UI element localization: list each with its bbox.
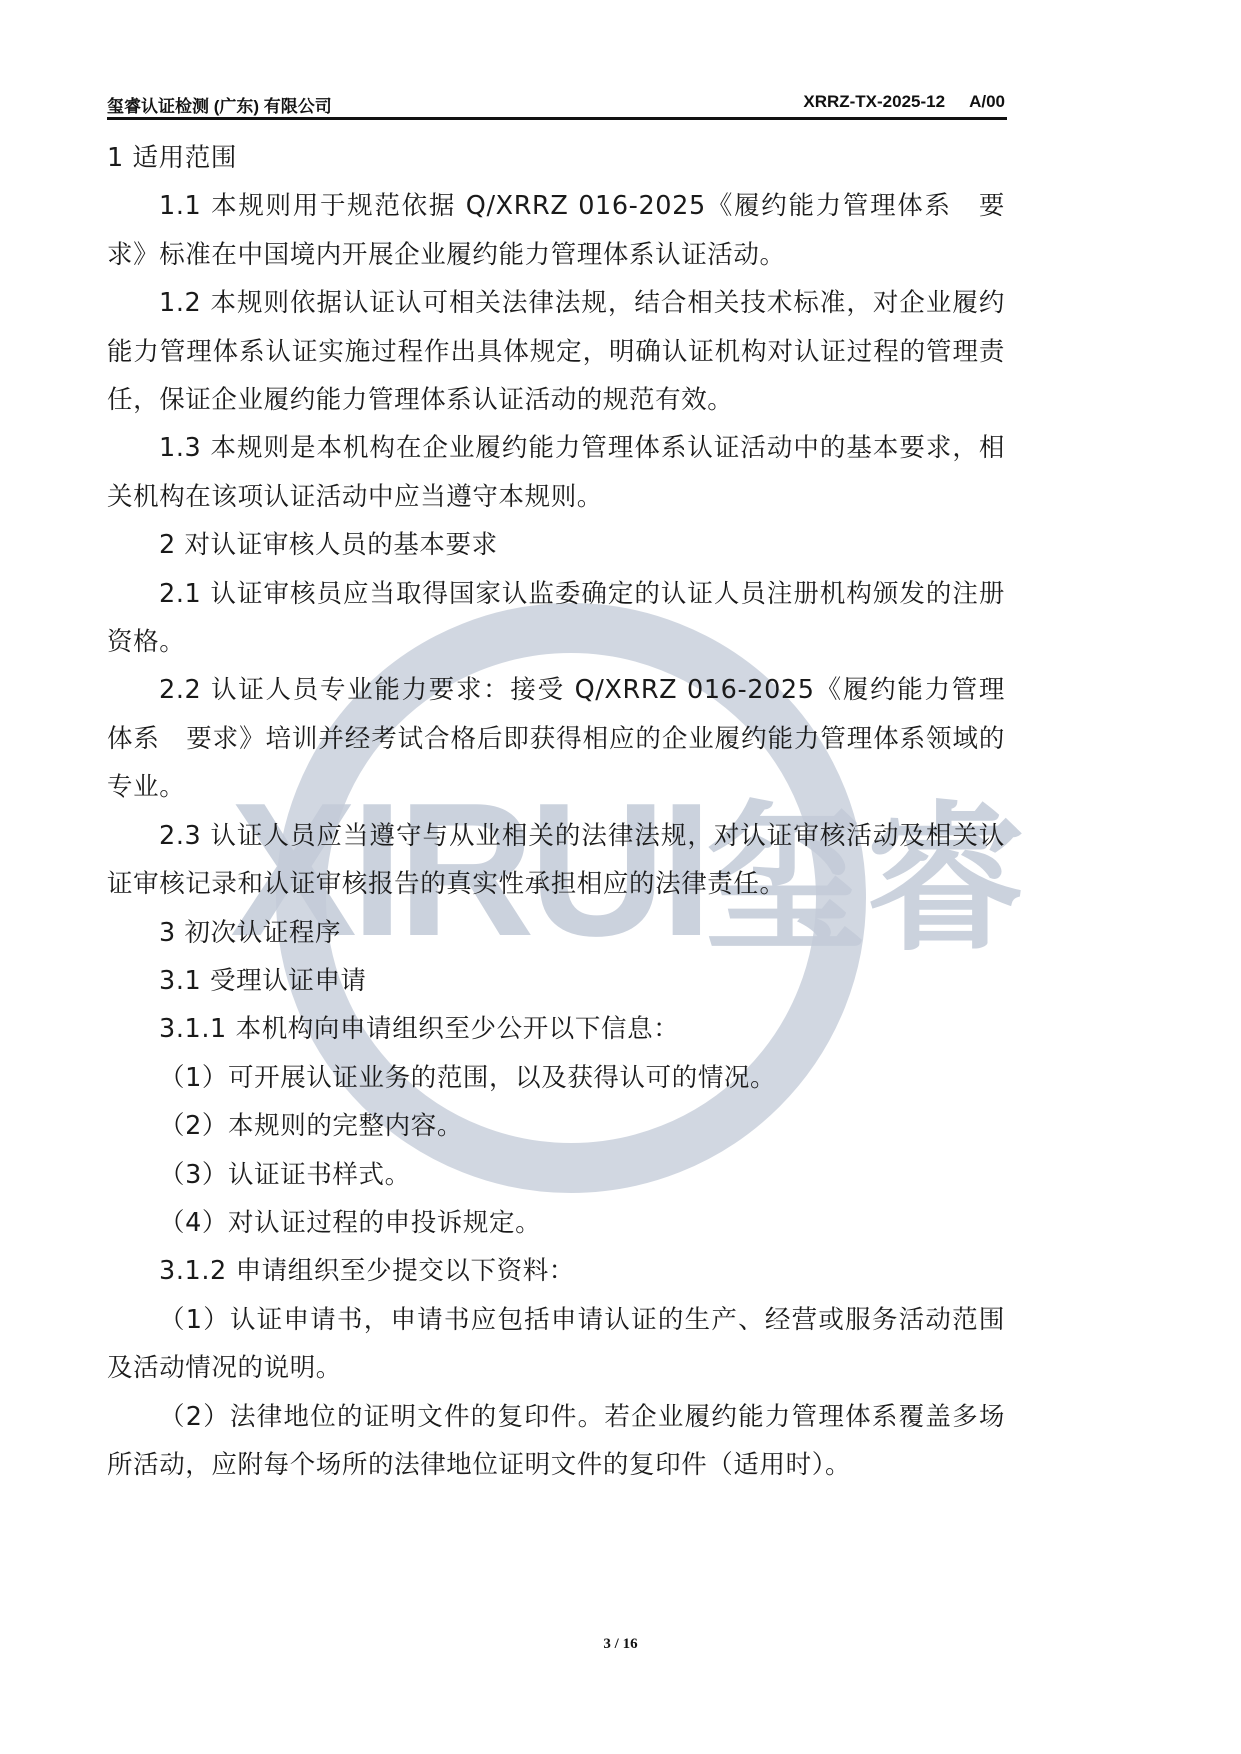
document-body: 1 适用范围 1.1 本规则用于规范依据 Q/XRRZ 016-2025《履约能…	[107, 134, 1005, 1489]
page-header: 玺睿认证检测 (广东) 有限公司 XRRZ-TX-2025-12A/00	[107, 88, 1005, 118]
document-page: XIRUI 玺睿 玺睿认证检测 (广东) 有限公司 XRRZ-TX-2025-1…	[0, 0, 1241, 1754]
header-divider	[107, 117, 1007, 120]
clause-1-1: 1.1 本规则用于规范依据 Q/XRRZ 016-2025《履约能力管理体系 要…	[107, 182, 1005, 279]
clause-2-1: 2.1 认证审核员应当取得国家认监委确定的认证人员注册机构颁发的注册资格。	[107, 570, 1005, 667]
list-item: （3）认证证书样式。	[107, 1151, 1005, 1199]
document-code: XRRZ-TX-2025-12	[803, 92, 945, 111]
list-item: （2）本规则的完整内容。	[107, 1102, 1005, 1150]
clause-2-3: 2.3 认证人员应当遵守与从业相关的法律法规，对认证审核活动及相关认证审核记录和…	[107, 812, 1005, 909]
list-item: （1）可开展认证业务的范围，以及获得认可的情况。	[107, 1054, 1005, 1102]
section-2-title: 2 对认证审核人员的基本要求	[107, 521, 1005, 569]
list-item: （2）法律地位的证明文件的复印件。若企业履约能力管理体系覆盖多场所活动，应附每个…	[107, 1393, 1005, 1490]
company-name: 玺睿认证检测 (广东) 有限公司	[107, 92, 332, 117]
list-item: （4）对认证过程的申投诉规定。	[107, 1199, 1005, 1247]
section-1-title: 1 适用范围	[107, 134, 1005, 182]
document-code-block: XRRZ-TX-2025-12A/00	[803, 92, 1005, 112]
clause-3-1-2: 3.1.2 申请组织至少提交以下资料：	[107, 1247, 1005, 1295]
list-item: （1）认证申请书，申请书应包括申请认证的生产、经营或服务活动范围及活动情况的说明…	[107, 1296, 1005, 1393]
clause-3-1-title: 3.1 受理认证申请	[107, 957, 1005, 1005]
page-number: 3 / 16	[0, 1636, 1241, 1653]
clause-1-3: 1.3 本规则是本机构在企业履约能力管理体系认证活动中的基本要求，相关机构在该项…	[107, 424, 1005, 521]
clause-1-2: 1.2 本规则依据认证认可相关法律法规，结合相关技术标准，对企业履约能力管理体系…	[107, 279, 1005, 424]
section-3-title: 3 初次认证程序	[107, 909, 1005, 957]
clause-2-2: 2.2 认证人员专业能力要求：接受 Q/XRRZ 016-2025《履约能力管理…	[107, 666, 1005, 811]
clause-3-1-1: 3.1.1 本机构向申请组织至少公开以下信息：	[107, 1005, 1005, 1053]
revision-code: A/00	[969, 92, 1005, 111]
